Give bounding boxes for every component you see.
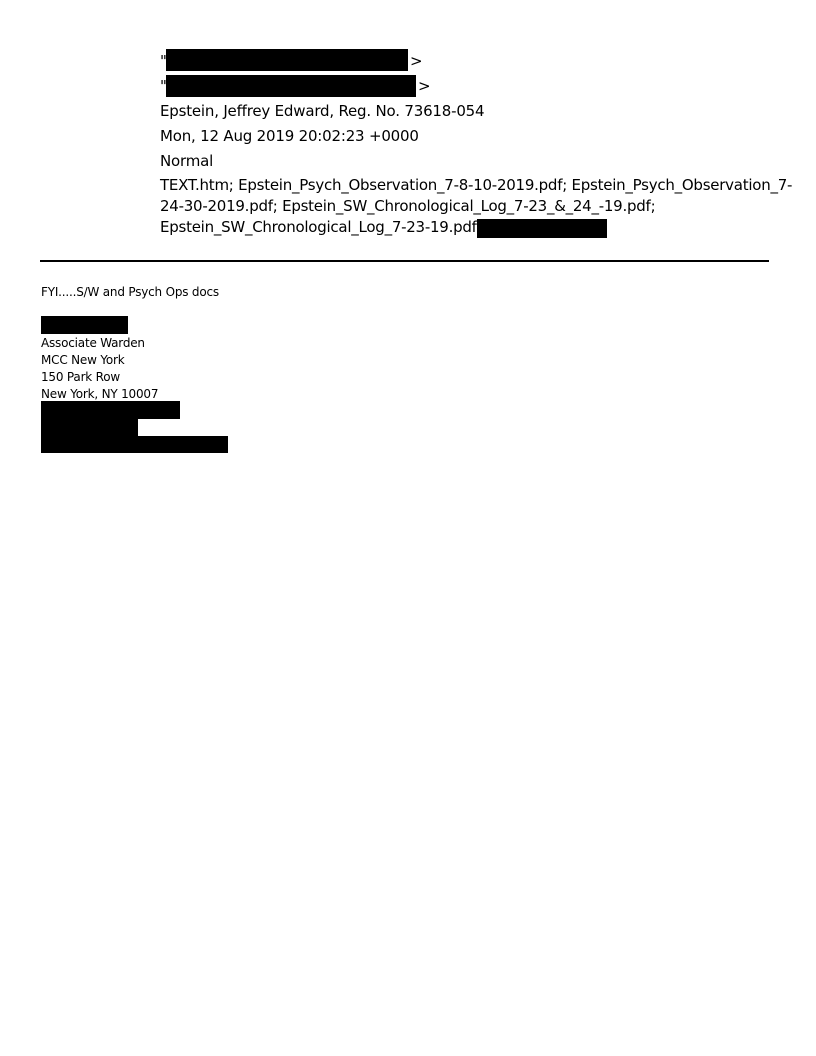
signature-contact-redaction	[41, 419, 138, 436]
subject-value: Epstein, Jeffrey Edward, Reg. No. 73618-…	[160, 100, 484, 122]
attachments-line: 24-30-2019.pdf; Epstein_SW_Chronological…	[160, 196, 780, 217]
signature-contact-redaction	[41, 401, 180, 419]
header-divider	[40, 260, 769, 262]
to-address-redaction	[166, 75, 416, 97]
from-suffix: >	[410, 50, 422, 72]
importance-value: Normal	[160, 150, 213, 172]
signature-contact-redaction	[41, 436, 228, 453]
signature-org: MCC New York	[41, 352, 124, 369]
from-address-redaction	[166, 49, 408, 71]
signature-title: Associate Warden	[41, 335, 145, 352]
signature-street: 150 Park Row	[41, 369, 120, 386]
to-suffix: >	[418, 75, 430, 97]
attachment-redaction	[477, 219, 607, 238]
attachments-line: TEXT.htm; Epstein_Psych_Observation_7-8-…	[160, 175, 780, 196]
signature-name-redaction	[41, 316, 128, 334]
message-text: FYI.....S/W and Psych Ops docs	[41, 284, 219, 301]
attachments-list: TEXT.htm; Epstein_Psych_Observation_7-8-…	[160, 175, 780, 238]
attachments-line: Epstein_SW_Chronological_Log_7-23-19.pdf…	[160, 217, 780, 238]
date-value: Mon, 12 Aug 2019 20:02:23 +0000	[160, 125, 419, 147]
